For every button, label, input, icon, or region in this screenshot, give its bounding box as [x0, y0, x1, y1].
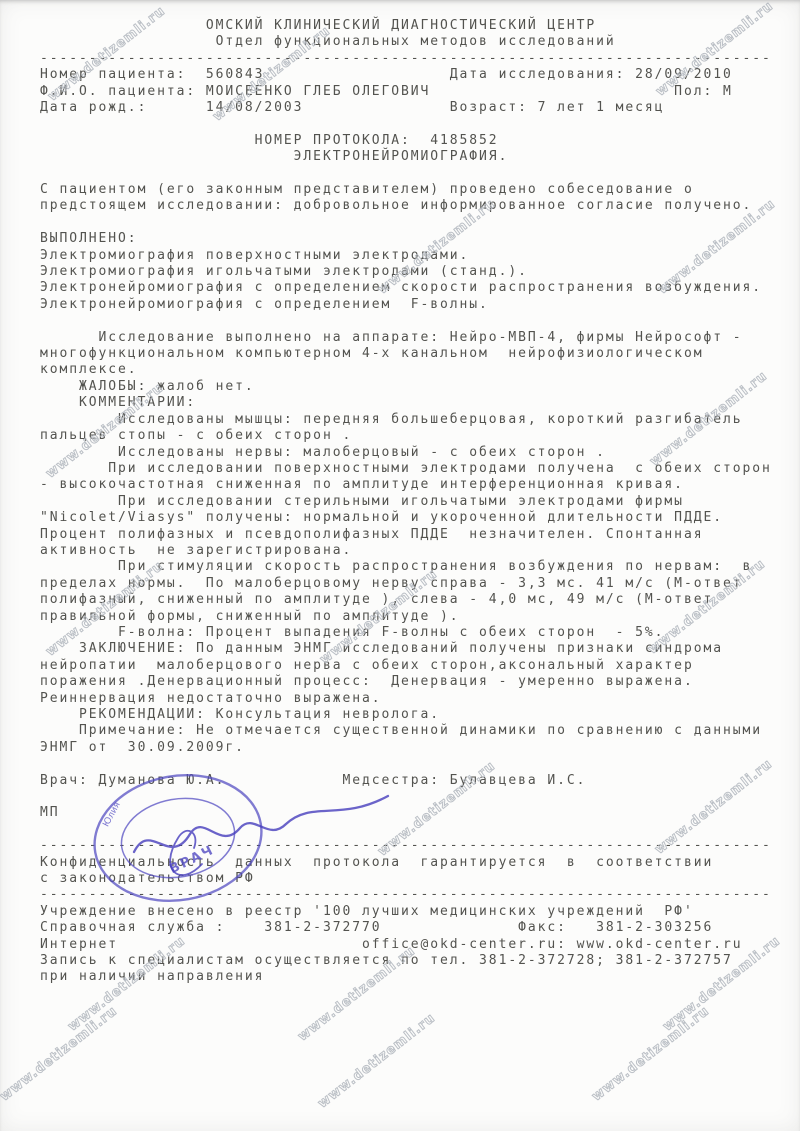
birthdate-age-line: Дата рожд.: 14/08/2003 Возраст: 7 лет 1 … — [40, 100, 790, 116]
stamp-graphic: Юлия ВРАЧ — [82, 770, 402, 910]
performed-item-line: Электромиография игольчатыми электродами… — [40, 264, 790, 280]
stimulation-line: пределах нормы. По малоберцовому нерву с… — [40, 576, 790, 592]
watermark: www.detizemli.ru — [589, 1004, 712, 1105]
device-line: комплексе. — [40, 362, 790, 378]
surface-electrodes-line: - высокочастотная сниженная по амплитуде… — [40, 477, 790, 493]
conclusion-line: ЗАКЛЮЧЕНИЕ: По данным ЭНМГ исследований … — [40, 641, 790, 657]
consent-line: предстоящем исследовании: добровольное и… — [40, 198, 790, 214]
complaints-line: ЖАЛОБЫ: жалоб нет. — [40, 379, 790, 395]
muscles-line: Исследованы мышцы: передняя большеберцов… — [40, 412, 790, 428]
conclusion-line: Реиннервация недостаточно выражена. — [40, 691, 790, 707]
f-wave-line: F-волна: Процент выпадения F-волны с обе… — [40, 625, 790, 641]
needle-electrodes-line: При исследовании стерильными игольчатыми… — [40, 494, 790, 510]
pdde-line: активность не зарегистрирована. — [40, 543, 790, 559]
department-line: Отдел функциональных методов исследовани… — [40, 34, 790, 50]
comments-heading-line: КОММЕНТАРИИ: — [40, 395, 790, 411]
muscles-line: пальцев стопы - с обеих сторон . — [40, 428, 790, 444]
phone-fax-line: Справочная служба : 381-2-372770 Факс: 3… — [40, 920, 790, 936]
consent-line: С пациентом (его законным представителем… — [40, 182, 790, 198]
referral-line: при наличии направления — [40, 969, 790, 985]
nerves-line: Исследованы нервы: малоберцовый - с обеи… — [40, 445, 790, 461]
performed-item-line: Электронейромиография с определением F-в… — [40, 297, 790, 313]
conclusion-line: поражения .Денервационный процесс: Денер… — [40, 674, 790, 690]
protocol-number-line: НОМЕР ПРОТОКОЛА: 4185852 — [40, 133, 790, 149]
device-line: многофункциональном компьютерном 4-х кан… — [40, 346, 790, 362]
note-line: Примечание: Не отмечается существенной д… — [40, 723, 790, 739]
surface-electrodes-line: При исследовании поверхностными электрод… — [40, 461, 790, 477]
internet-line: Интернет office@okd-center.ru: www.okd-c… — [40, 937, 790, 953]
watermark: www.detizemli.ru — [0, 1004, 120, 1105]
separator-dashes: ----------------------------------------… — [40, 51, 790, 67]
recommendations-line: РЕКОМЕНДАЦИИ: Консультация невролога. — [40, 707, 790, 723]
performed-heading-line: ВЫПОЛНЕНО: — [40, 231, 790, 247]
stamp-outer-ring — [85, 770, 272, 910]
clinic-name-line: ОМСКИЙ КЛИНИЧЕСКИЙ ДИАГНОСТИЧЕСКИЙ ЦЕНТР — [40, 18, 790, 34]
device-line: Исследование выполнено на аппарате: Нейр… — [40, 330, 790, 346]
exam-title-line: ЭЛЕКТРОНЕЙРОМИОГРАФИЯ. — [40, 149, 790, 165]
conclusion-line: нейропатии малоберцового нерва с обеих с… — [40, 658, 790, 674]
doctor-stamp: Юлия ВРАЧ — [82, 770, 402, 910]
performed-item-line: Электромиография поверхностными электрод… — [40, 248, 790, 264]
note-line: ЭНМГ от 30.09.2009г. — [40, 740, 790, 756]
needle-electrodes-line: "Nicolet/Viasys" получены: нормальной и … — [40, 510, 790, 526]
stimulation-line: При стимуляции скорость распространения … — [40, 559, 790, 575]
appointment-line: Запись к специалистам осуществляется по … — [40, 953, 790, 969]
pdde-line: Процент полифазных и псевдополифазных ПД… — [40, 527, 790, 543]
stimulation-line: правильной формы, сниженный по амплитуде… — [40, 609, 790, 625]
patient-number-line: Номер пациента: 560843 Дата исследования… — [40, 67, 790, 83]
scanned-medical-protocol-page: ОМСКИЙ КЛИНИЧЕСКИЙ ДИАГНОСТИЧЕСКИЙ ЦЕНТР… — [0, 0, 800, 1131]
watermark: www.detizemli.ru — [315, 1011, 438, 1112]
blank-line — [40, 116, 790, 132]
blank-line — [40, 313, 790, 329]
blank-line — [40, 166, 790, 182]
patient-name-line: Ф.И.О. пациента: МОИСЕЕНКО ГЛЕБ ОЛЕГОВИЧ… — [40, 84, 790, 100]
performed-item-line: Электронейромиография с определением ско… — [40, 280, 790, 296]
stimulation-line: полифазный, сниженный по амплитуде ), сл… — [40, 592, 790, 608]
blank-line — [40, 215, 790, 231]
